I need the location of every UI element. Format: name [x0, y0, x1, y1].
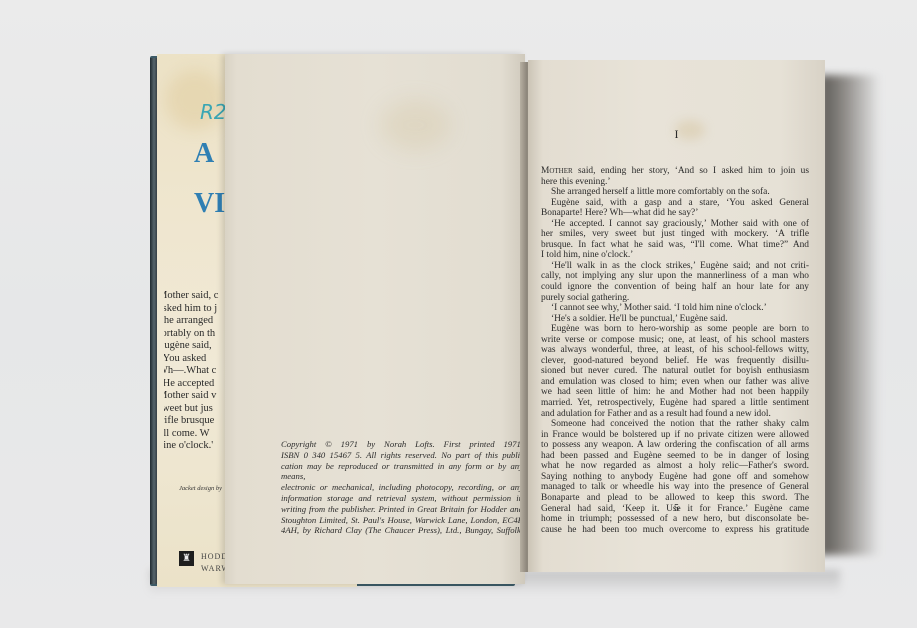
copyright-line: information storage and retrieval system… — [281, 493, 523, 504]
text-line: and adulation for Father and as a result… — [541, 409, 809, 420]
text-line: She arranged herself a little more comfo… — [541, 187, 809, 198]
text-line: Eugène was born to hero-worship as some … — [541, 324, 809, 335]
copyright-line: Copyright © 1971 by Norah Lofts. First p… — [281, 439, 523, 450]
text-line: Mother said, ending her story, ‘And so I… — [541, 166, 809, 177]
jacket-credit: Jacket design by — [179, 485, 222, 492]
text-line: was always wonderful, three, at least, o… — [541, 345, 809, 356]
text-line: I told him, nine o'clock.’ — [541, 250, 809, 261]
text-line: write verse or compose music; one, at le… — [541, 335, 809, 346]
text-line: her smiles, very sweet but just tinged w… — [541, 229, 809, 240]
text-line: married. Yet, retrospectively, Eugène ha… — [541, 398, 809, 409]
text-line: Eugène said, with a gasp and a stare, ‘Y… — [541, 198, 809, 209]
text-line: Bonaparte and plead to be allowed to kee… — [541, 493, 809, 504]
page-shadow — [820, 75, 880, 555]
text-line: ‘He's a soldier. He'll be punctual,’ Eug… — [541, 314, 809, 325]
text-line: ‘He accepted. I cannot say graciously,’ … — [541, 219, 809, 230]
text-line: here this evening.’ — [541, 177, 809, 188]
text-line: managed to talk or wheedle his way into … — [541, 482, 809, 493]
text-line: ‘He'll walk in as the clock strikes,’ Eu… — [541, 261, 809, 272]
text-line: Saying nothing to anybody Eugène had gon… — [541, 472, 809, 483]
text-line: we had seen little of him: he and Mother… — [541, 387, 809, 398]
text-line: purely social gathering. — [541, 293, 809, 304]
text-line: cally, not implying any slur upon the ma… — [541, 271, 809, 282]
copyright-line: Stoughton Limited, St. Paul's House, War… — [281, 515, 523, 526]
text-line: in France would be bolstered up if no pr… — [541, 430, 809, 441]
copyright-line: cation may be reproduced or transmitted … — [281, 461, 523, 483]
text-line: had been passed and Eugène seemed to be … — [541, 451, 809, 462]
jacket-excerpt: Mother said, c asked him to j She arrang… — [164, 290, 234, 453]
text-line: and emulation was closed to him; even wh… — [541, 377, 809, 388]
text-line: sioned but never cured. The natural outl… — [541, 366, 809, 377]
text-line: home in triumph; possessed of a new hero… — [541, 514, 809, 525]
copyright-line: electronic or mechanical, including phot… — [281, 482, 523, 493]
text-line: could ignore the convention of being hal… — [541, 282, 809, 293]
text-line: clever, good-natured beyond belief. He w… — [541, 356, 809, 367]
jacket-title-line-2: VI — [194, 188, 225, 220]
page-number: 5 — [528, 503, 825, 514]
copyright-notice: Copyright © 1971 by Norah Lofts. First p… — [281, 439, 523, 536]
chapter-body-text: Mother said, ending her story, ‘And so I… — [541, 166, 809, 535]
text-line: ‘I cannot see why,’ Mother said. ‘I told… — [541, 303, 809, 314]
copyright-line: 4AH, by Richard Clay (The Chaucer Press)… — [281, 525, 523, 536]
text-line: Someone had conceived the notion that th… — [541, 419, 809, 430]
text-line: brusque. In fact what he said was, “I'll… — [541, 240, 809, 251]
text-line: Bonaparte! Here? Wh—what did he say?’ — [541, 208, 809, 219]
copyright-line: ISBN 0 340 15467 5. All rights reserved.… — [281, 450, 523, 461]
flap-content: R2 A VI The ve Hortens Napol N Mother sa… — [164, 60, 234, 585]
publisher-logo-icon: ♜ — [179, 551, 194, 566]
chapter-number: I — [528, 127, 825, 142]
text-line: cause he had been too much overcome to e… — [541, 525, 809, 536]
handwritten-note: R2 — [200, 100, 227, 124]
text-line: what he now regarded as almost a holy re… — [541, 461, 809, 472]
copyright-line: writing from the publisher. Printed in G… — [281, 504, 523, 515]
text-line: to possess any weapon. A law ordering th… — [541, 440, 809, 451]
page-stain — [380, 100, 450, 150]
jacket-title-line-1: A — [194, 138, 214, 170]
